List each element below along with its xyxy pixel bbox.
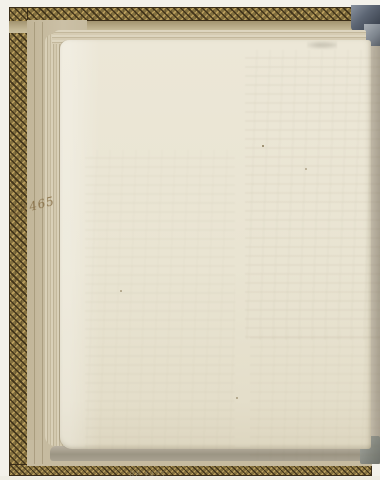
cover-border-top — [9, 7, 358, 21]
blank-album-page: RF 1475 — [60, 40, 371, 449]
show-through-writing — [85, 150, 235, 450]
cover-border-left — [9, 7, 28, 470]
foxing-spot — [262, 145, 264, 147]
show-through-writing — [245, 50, 380, 340]
faint-pencil-mark — [307, 40, 337, 50]
foxing-spot — [120, 290, 122, 292]
hinge-line — [34, 22, 35, 464]
foxing-spot — [236, 397, 238, 399]
backdrop-strip — [0, 476, 380, 480]
show-through-writing — [250, 330, 380, 460]
foxing-spot — [305, 168, 307, 170]
hinge-line — [42, 22, 43, 464]
photo-of-album-page: RF 1475 21465 — [0, 0, 380, 480]
